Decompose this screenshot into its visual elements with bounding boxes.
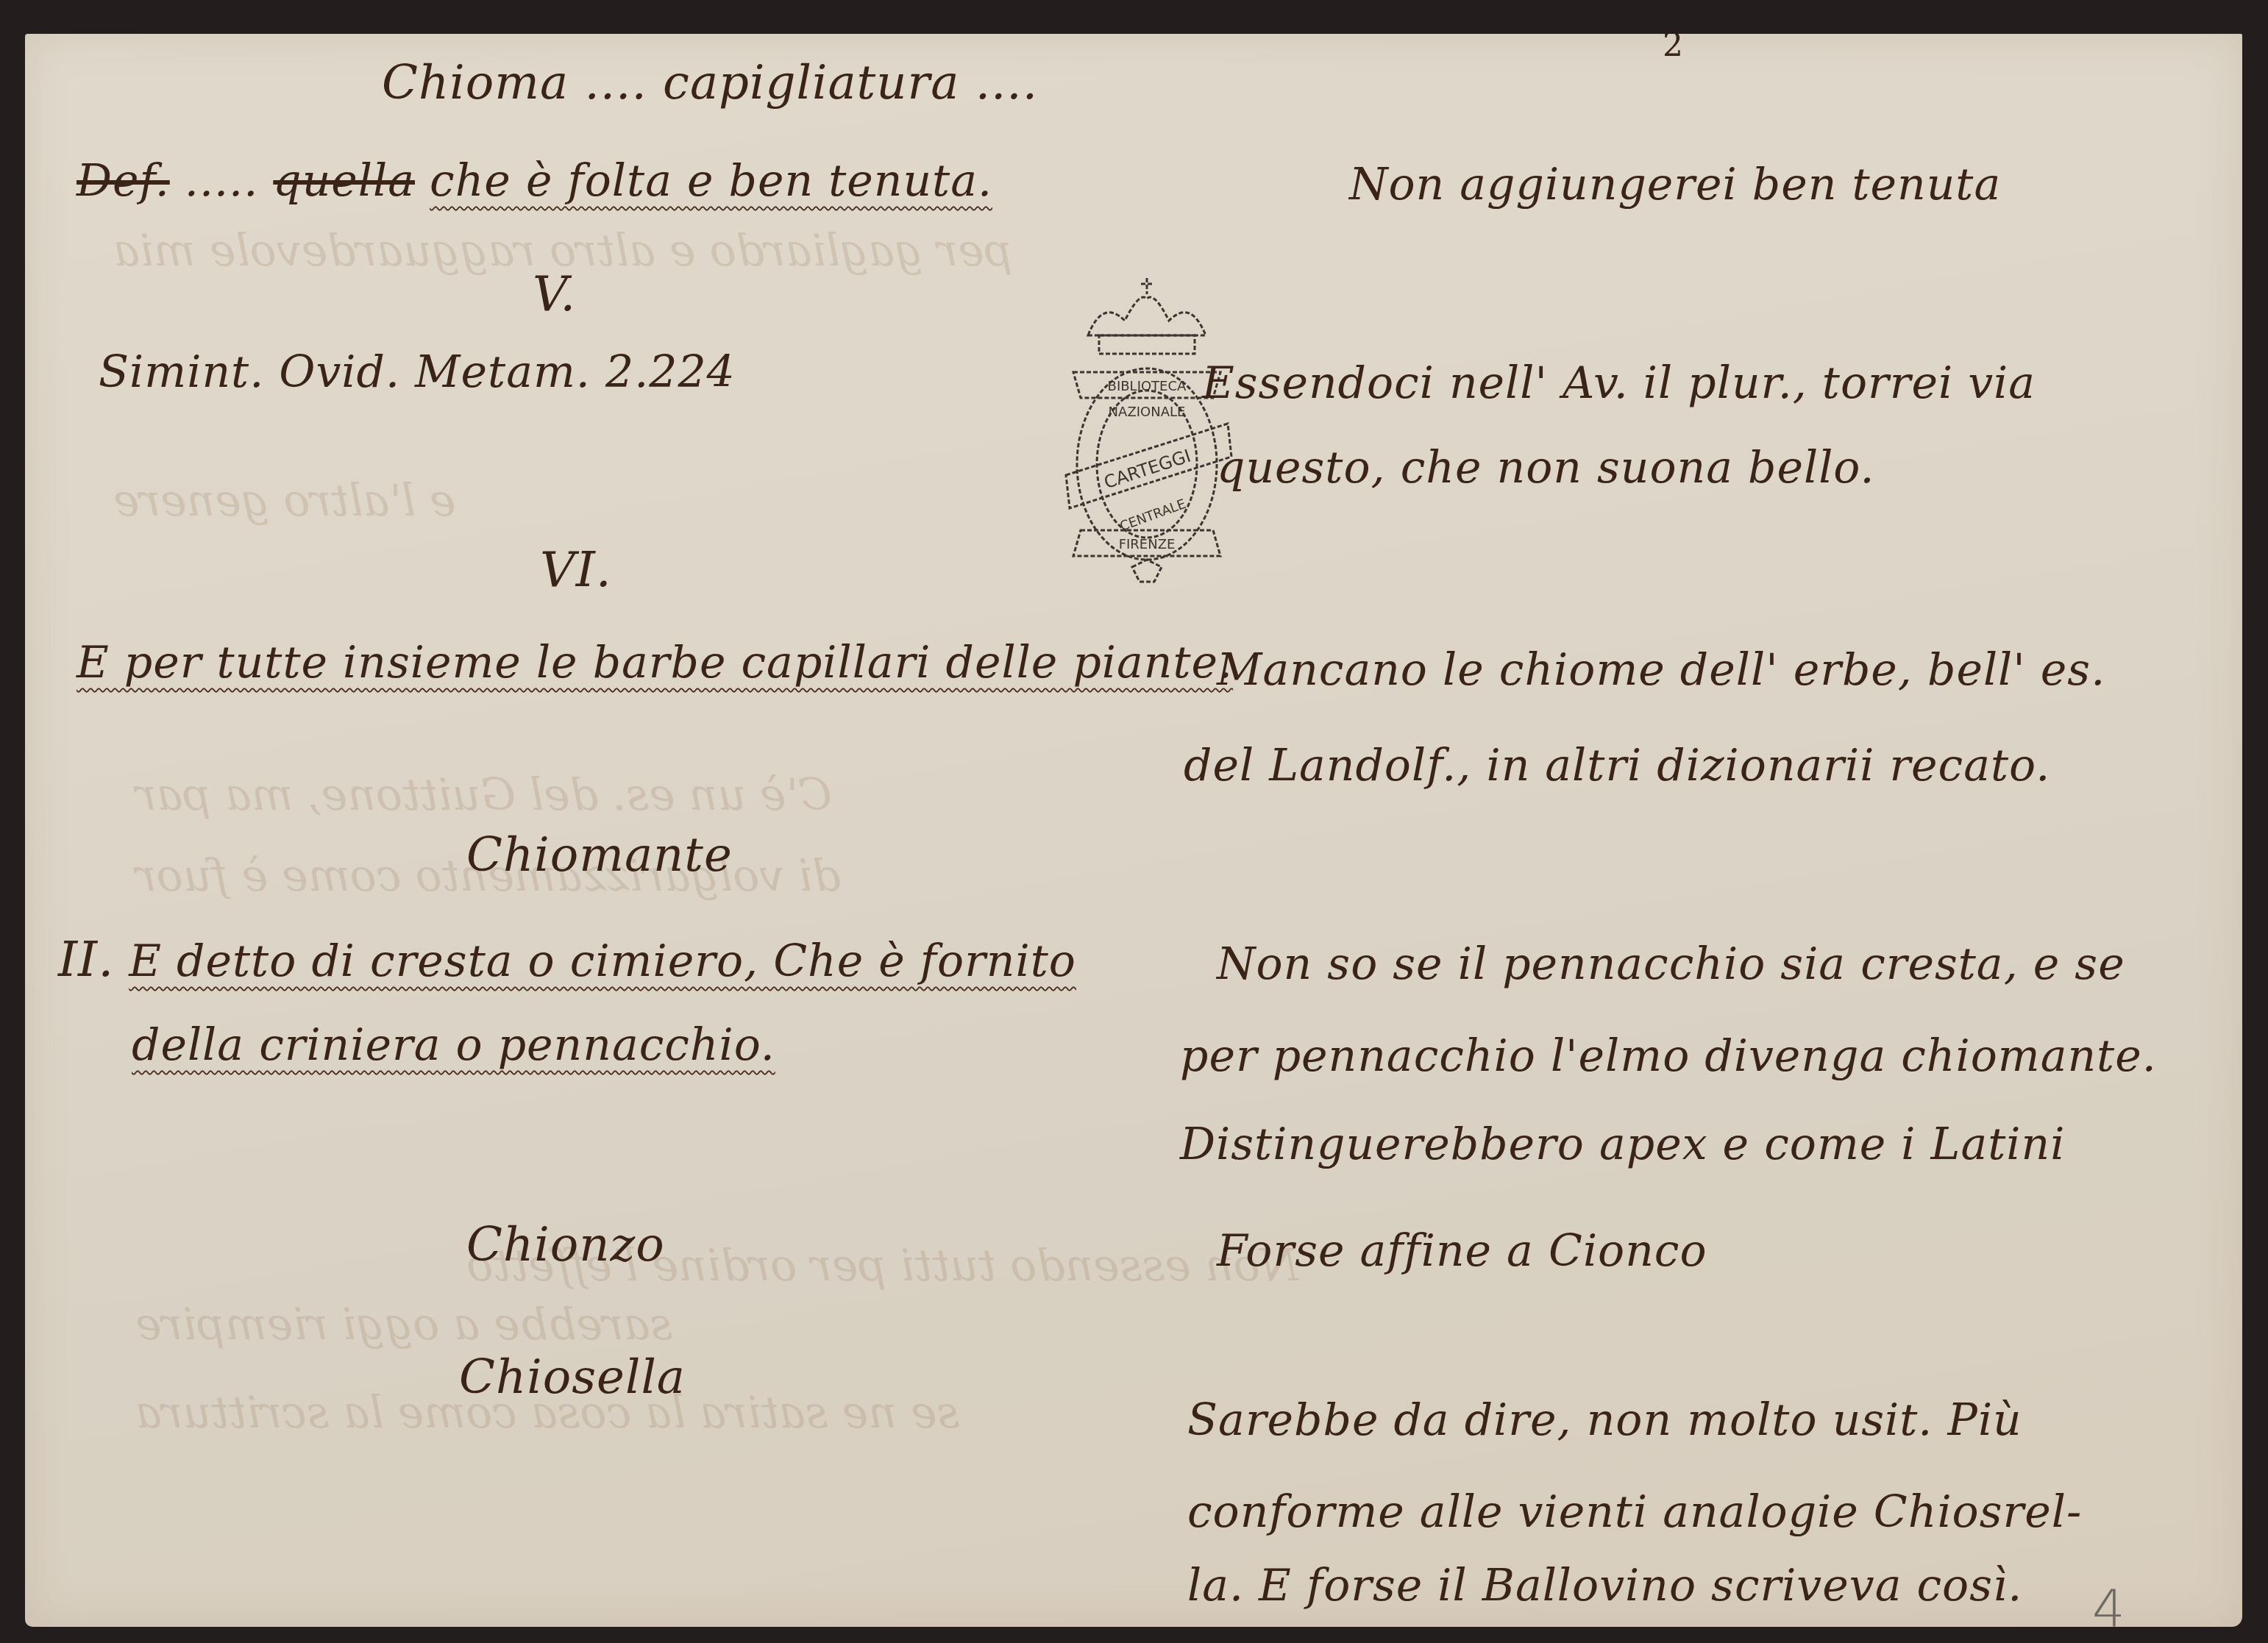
note4-line2: per pennacchio l'elmo divenga chiomante. — [1180, 1030, 2157, 1082]
stamp-bottom-label: FIRENZE — [1119, 537, 1176, 552]
entry-title-chiosella: Chiosella — [459, 1350, 686, 1405]
note2-line1: Essendoci nell' Av. il plur., torrei via — [1202, 357, 2036, 409]
note4-line3: Distinguerebbero apex e come i Latini — [1180, 1119, 2065, 1170]
stamp-center-label: CARTEGGI — [1101, 446, 1193, 493]
citation-ovid: Simint. Ovid. Metam. 2.224 — [99, 346, 736, 398]
scan-frame: per gagliardo e altro ragguardevole mia … — [0, 0, 2268, 1643]
stamp-ring-lower: CENTRALE — [1117, 496, 1187, 535]
entry-title-chionzo: Chionzo — [466, 1218, 665, 1272]
definition-line: Def. ..... quella che è folta e ben tenu… — [77, 155, 992, 207]
entry-title-chiomante: Chiomante — [466, 828, 733, 883]
note3-line1: Mancano le chiome dell' erbe, bell' es. — [1217, 644, 2105, 696]
section-ii-text1: E detto di cresta o cimiero, Che è forni… — [129, 935, 1076, 987]
page-number: 2 — [1663, 34, 1683, 64]
note3-line2: del Landolf., in altri dizionarii recato… — [1184, 740, 2050, 791]
note2-line2: questo, che non suona bello. — [1217, 442, 1875, 493]
section-ii-line1: II. E detto di cresta o cimiero, Che è f… — [58, 931, 1076, 988]
pencil-folio-number: 4 — [2092, 1578, 2125, 1627]
stamp-top-label: BIBLIOTECA — [1108, 379, 1187, 394]
note6-line1: Sarebbe da dire, non molto usit. Più — [1187, 1394, 2022, 1446]
note5-forse-affine: Forse affine a Cionco — [1217, 1225, 1707, 1277]
note6-line3: la. E forse il Ballovino scriveva così. — [1187, 1560, 2022, 1611]
entry-title-chioma: Chioma .... capigliatura .... — [382, 56, 1038, 110]
bleed-through-text: e l'altro genere — [113, 475, 455, 527]
note4-line1: Non so se il pennacchio sia cresta, e se — [1217, 938, 2125, 990]
dots: ..... — [185, 155, 258, 207]
struck-word-quella: quella — [273, 155, 415, 207]
section-numeral-vi: VI. — [540, 541, 612, 598]
note-ben-tenuta: Non aggiungerei ben tenuta — [1349, 159, 2001, 210]
bleed-through-text: sarebbe a oggi riempire — [135, 1299, 672, 1350]
stamp-ring-upper: NAZIONALE — [1109, 404, 1186, 420]
section-numeral-v: V. — [533, 265, 576, 322]
bleed-through-text: C'è un es. del Guittone, ma par — [135, 769, 832, 821]
note1-text: Non aggiungerei ben tenuta — [1349, 159, 2001, 210]
section-vi-text: E per tutte insieme le barbe capillari d… — [77, 637, 1233, 688]
section-ii-line2: della criniera o pennacchio. — [132, 1019, 775, 1071]
definition-text: che è folta e ben tenuta. — [430, 155, 992, 207]
struck-word-def: Def. — [77, 155, 170, 207]
library-stamp-icon: BIBLIOTECA NAZIONALE CARTEGGI CENTRALE F… — [1059, 277, 1235, 585]
manuscript-page: per gagliardo e altro ragguardevole mia … — [25, 34, 2242, 1627]
note6-line2: conforme alle vienti analogie Chiosrel- — [1187, 1486, 2082, 1538]
section-numeral-ii: II. — [58, 931, 114, 988]
